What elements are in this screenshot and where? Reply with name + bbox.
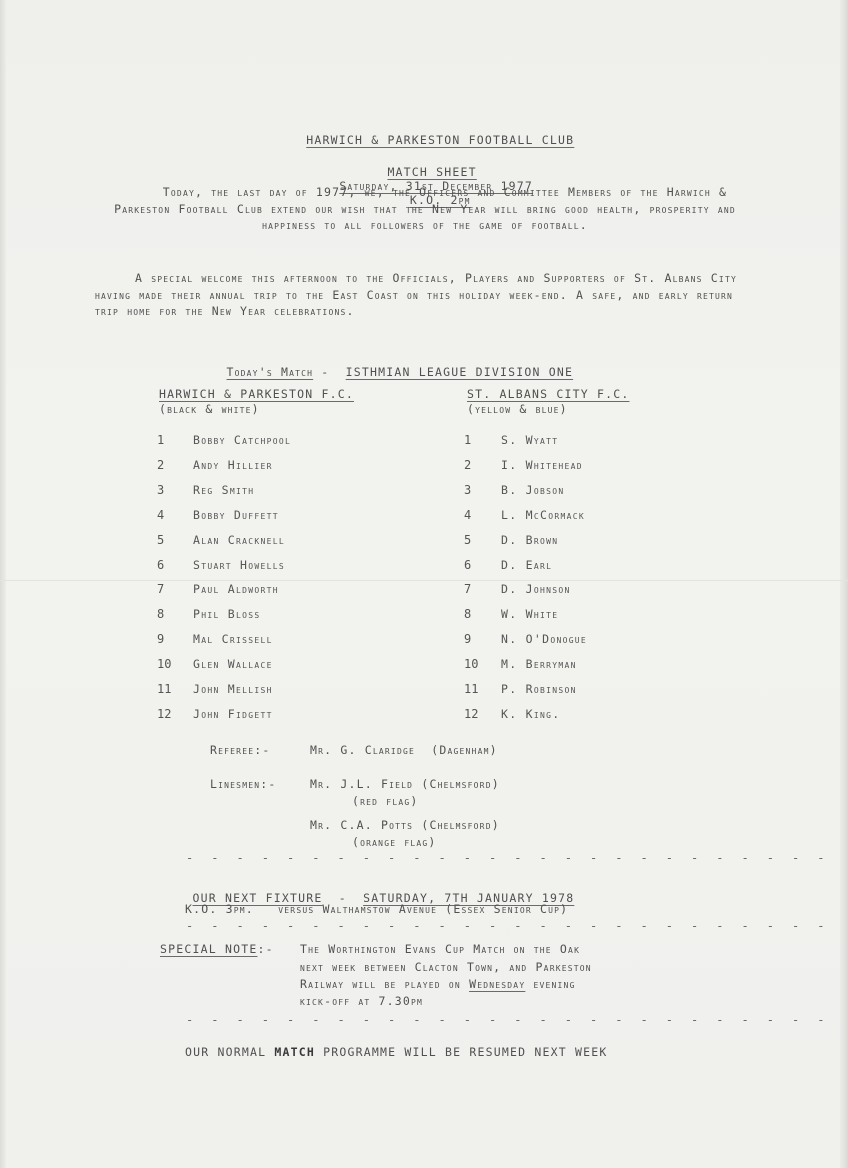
player-number: 9 [464, 632, 488, 646]
player-number: 10 [157, 657, 181, 671]
player-number: 11 [157, 682, 181, 696]
player-name: I. Whitehead [501, 458, 583, 472]
welcome-paragraph: A special welcome this afternoon to the … [95, 270, 755, 320]
player-name: John Fidgett [193, 707, 273, 721]
player-name: P. Robinson [501, 682, 577, 696]
text: OUR NORMAL [185, 1045, 274, 1059]
linesman-2: Mr. C.A. Potts (Chelmsford) [310, 818, 500, 832]
player-number: 1 [464, 433, 488, 447]
player-name: D. Brown [501, 533, 558, 547]
divider: - - - - - - - - - - - - - - - - - - - - … [186, 1013, 830, 1027]
player-number: 7 [464, 582, 488, 596]
player-name: K. King. [501, 707, 560, 721]
player-name: S. Wyatt [501, 433, 558, 447]
player-number: 1 [157, 433, 181, 447]
club-title-text: HARWICH & PARKESTON FOOTBALL CLUB [306, 133, 574, 147]
player-name: B. Jobson [501, 483, 564, 497]
text: PROGRAMME WILL BE RESUMED NEXT WEEK [315, 1045, 607, 1059]
away-team-name: ST. ALBANS CITY F.C. [467, 387, 629, 401]
player-number: 7 [157, 582, 181, 596]
player-number: 12 [157, 707, 181, 721]
player-name: Phil Bloss [193, 607, 261, 621]
greeting-paragraph: Today, the last day of 1977, we, the Off… [95, 184, 755, 234]
player-number: 8 [157, 607, 181, 621]
player-number: 4 [464, 508, 488, 522]
home-team-name-text: HARWICH & PARKESTON F.C. [159, 387, 354, 401]
paper-fold [0, 580, 848, 581]
text-bold: MATCH [274, 1045, 315, 1059]
player-name: W. White [501, 607, 558, 621]
home-team-name: HARWICH & PARKESTON F.C. [159, 387, 354, 401]
special-note-line-3: Railway will be played on Wednesday even… [300, 977, 576, 991]
todays-match-label: Today's Match [227, 365, 314, 379]
linesman-2-flag: (orange flag) [352, 835, 437, 849]
player-name: Alan Cracknell [193, 533, 285, 547]
player-name: Bobby Catchpool [193, 433, 291, 447]
referee-name: Mr. G. Claridge (Dagenham) [310, 743, 498, 757]
divider: - - - - - - - - - - - - - - - - - - - - … [186, 851, 830, 865]
competition: ISTHMIAN LEAGUE DIVISION ONE [346, 365, 573, 379]
player-name: Paul Aldworth [193, 582, 279, 596]
player-number: 11 [464, 682, 488, 696]
player-number: 3 [464, 483, 488, 497]
player-number: 10 [464, 657, 488, 671]
away-team-colours: (yellow & blue) [467, 402, 568, 416]
player-number: 6 [464, 558, 488, 572]
linesmen-label: Linesmen:- [210, 777, 277, 791]
player-number: 6 [157, 558, 181, 572]
player-name: L. McCormack [501, 508, 585, 522]
player-name: M. Berryman [501, 657, 577, 671]
linesman-1: Mr. J.L. Field (Chelmsford) [310, 777, 500, 791]
player-number: 4 [157, 508, 181, 522]
special-note-line-2: next week between Clacton Town, and Park… [300, 960, 592, 974]
player-name: D. Johnson [501, 582, 571, 596]
divider: - - - - - - - - - - - - - - - - - - - - … [186, 919, 830, 933]
linesman-1-flag: (red flag) [352, 794, 419, 808]
player-name: John Mellish [193, 682, 273, 696]
player-name: Mal Crissell [193, 632, 273, 646]
special-note-line-4: kick-off at 7.30pm [300, 994, 423, 1008]
sheet-label: MATCH SHEET [387, 165, 476, 179]
player-number: 12 [464, 707, 488, 721]
player-name: Glen Wallace [193, 657, 273, 671]
referee-label: Referee:- [210, 743, 270, 757]
match-sheet-page: HARWICH & PARKESTON FOOTBALL CLUB MATCH … [0, 0, 848, 1168]
text: evening [525, 977, 575, 991]
next-fixture-details: K.O. 3pm. versus Walthamstow Avenue (Ess… [185, 902, 568, 916]
away-team-name-text: ST. ALBANS CITY F.C. [467, 387, 629, 401]
home-team-colours: (black & white) [159, 402, 260, 416]
separator: - [321, 365, 329, 379]
player-number: 2 [157, 458, 181, 472]
player-name: Andy Hillier [193, 458, 273, 472]
player-number: 2 [464, 458, 488, 472]
player-name: D. Earl [501, 558, 552, 572]
player-name: Bobby Duffett [193, 508, 279, 522]
player-number: 8 [464, 607, 488, 621]
player-number: 5 [157, 533, 181, 547]
player-number: 9 [157, 632, 181, 646]
text: Railway will be played on [300, 977, 469, 991]
special-note-label: SPECIAL NOTE [160, 942, 257, 956]
special-note-line-1: The Worthington Evans Cup Match on the O… [300, 942, 580, 956]
player-name: Stuart Howells [193, 558, 285, 572]
player-number: 5 [464, 533, 488, 547]
special-note-heading: SPECIAL NOTE:- [160, 942, 274, 956]
special-note-suffix: :- [257, 942, 273, 956]
player-name: N. O'Donogue [501, 632, 587, 646]
footer-note: OUR NORMAL MATCH PROGRAMME WILL BE RESUM… [185, 1045, 607, 1059]
match-day: Wednesday [469, 977, 525, 991]
player-number: 3 [157, 483, 181, 497]
player-name: Reg Smith [193, 483, 254, 497]
